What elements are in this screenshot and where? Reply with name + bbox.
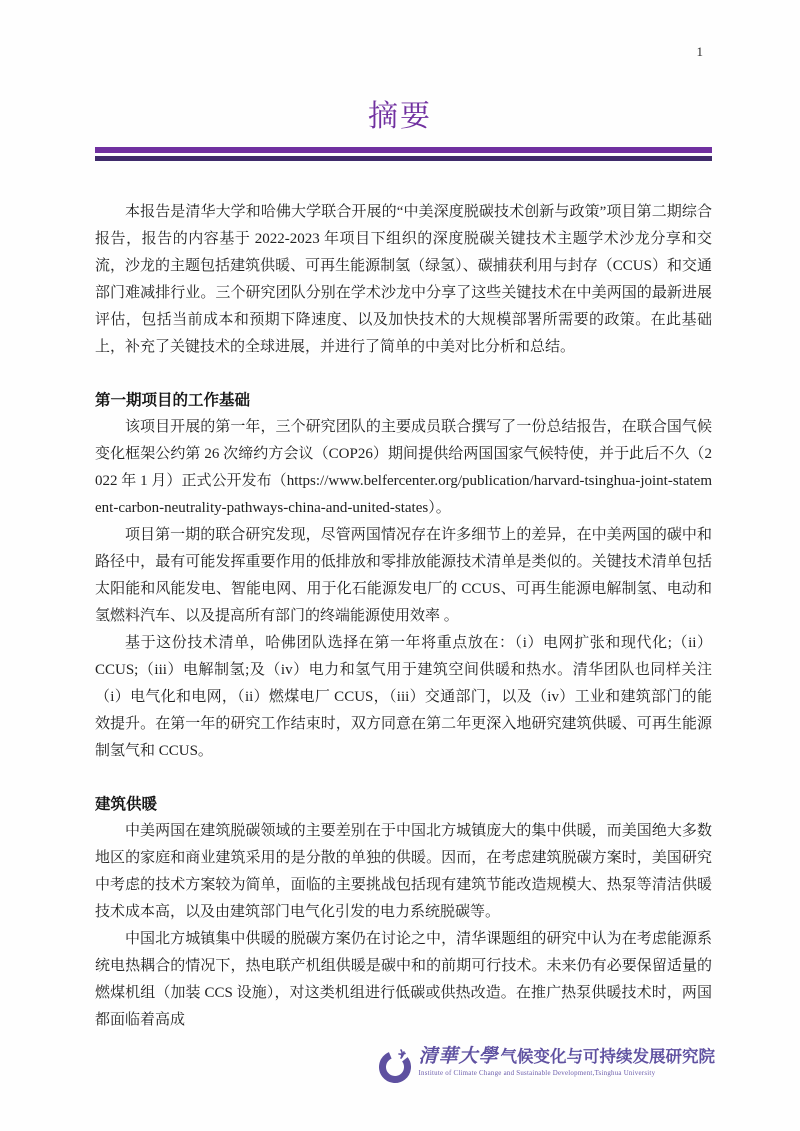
divider-bottom-rule bbox=[95, 156, 712, 161]
institute-name-chinese: 清華大學气候变化与可持续发展研究院 bbox=[418, 1046, 715, 1068]
institute-logo-icon bbox=[379, 1044, 411, 1086]
paragraph-joint-findings: 项目第一期的联合研究发现，尽管两国情况存在许多细节上的差异，在中美两国的碳中和路… bbox=[95, 522, 712, 630]
institute-name: 气候变化与可持续发展研究院 bbox=[501, 1048, 716, 1066]
document-body: 本报告是清华大学和哈佛大学联合开展的“中美深度脱碳技术创新与政策”项目第二期综合… bbox=[95, 199, 712, 1034]
document-page: 1 摘要 本报告是清华大学和哈佛大学联合开展的“中美深度脱碳技术创新与政策”项目… bbox=[0, 0, 800, 1131]
page-number: 1 bbox=[697, 44, 704, 60]
footer-logo: 清華大學气候变化与可持续发展研究院 Institute of Climate C… bbox=[379, 1044, 715, 1086]
paragraph-heating-differences: 中美两国在建筑脱碳领域的主要差别在于中国北方城镇庞大的集中供暖，而美国绝大多数地… bbox=[95, 818, 712, 926]
institute-name-english: Institute of Climate Change and Sustaina… bbox=[418, 1070, 715, 1077]
paragraph-cop26-report: 该项目开展的第一年，三个研究团队的主要成员联合撰写了一份总结报告，在联合国气候变… bbox=[95, 414, 712, 522]
section-heading-building-heating: 建筑供暖 bbox=[95, 791, 712, 818]
section-heading-phase-one: 第一期项目的工作基础 bbox=[95, 387, 712, 414]
page-title: 摘要 bbox=[0, 100, 800, 134]
paragraph-north-china-heating: 中国北方城镇集中供暖的脱碳方案仍在讨论之中，清华课题组的研究中认为在考虑能源系统… bbox=[95, 926, 712, 1034]
title-block: 摘要 bbox=[0, 0, 800, 161]
intro-paragraph: 本报告是清华大学和哈佛大学联合开展的“中美深度脱碳技术创新与政策”项目第二期综合… bbox=[95, 199, 712, 361]
paragraph-team-focus: 基于这份技术清单，哈佛团队选择在第一年将重点放在：（i）电网扩张和现代化;（ii… bbox=[95, 630, 712, 765]
title-divider bbox=[95, 147, 712, 161]
university-name-calligraphy: 清華大學 bbox=[418, 1045, 498, 1067]
institute-logo-text: 清華大學气候变化与可持续发展研究院 Institute of Climate C… bbox=[418, 1044, 715, 1077]
